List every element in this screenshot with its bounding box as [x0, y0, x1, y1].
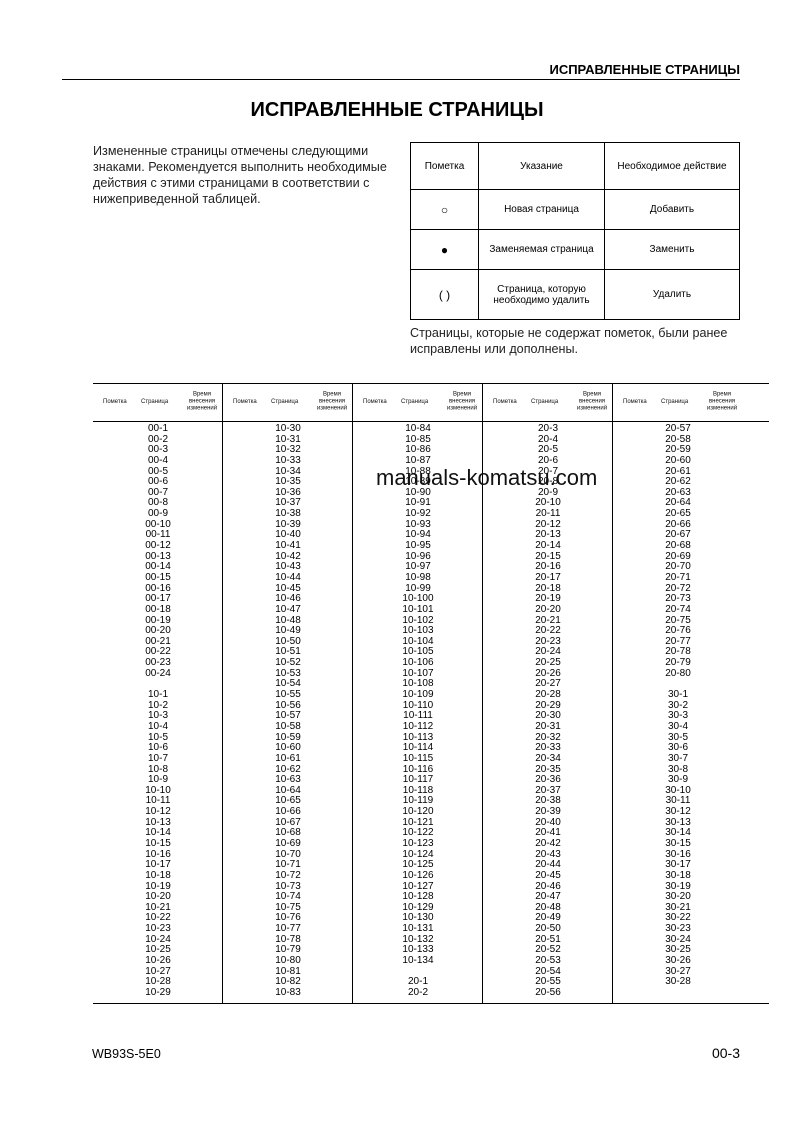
page-entry: 10-72: [223, 871, 353, 882]
page-entry: 10-7: [93, 754, 223, 765]
pages-column-header: ПометкаСтраницаВремя внесения изменений: [223, 383, 353, 421]
page-entry: 20-74: [613, 605, 743, 616]
page-entry: 10-58: [223, 722, 353, 733]
pages-column: ПометкаСтраницаВремя внесения изменений0…: [93, 383, 223, 1003]
page-entry: 30-4: [613, 722, 743, 733]
footer-page-number: 00-3: [712, 1045, 740, 1061]
header-mark: Пометка: [233, 399, 257, 405]
legend-header-meaning: Указание: [479, 143, 605, 190]
note-paragraph: Страницы, которые не содержат пометок, б…: [410, 325, 742, 357]
page-entry: 10-98: [353, 573, 483, 584]
page-entry: 30-7: [613, 754, 743, 765]
header-page: Страница: [271, 399, 298, 405]
legend-header-row: Пометка Указание Необходимое действие: [411, 143, 740, 190]
footer-model: WB93S-5E0: [92, 1047, 161, 1061]
header-mark: Пометка: [493, 399, 517, 405]
page-entry: 10-101: [353, 605, 483, 616]
legend-action: Заменить: [605, 230, 740, 270]
page-entry: 30-18: [613, 871, 743, 882]
header-time: Время внесения изменений: [706, 392, 738, 413]
header-mark: Пометка: [103, 399, 127, 405]
pages-column-header: ПометкаСтраницаВремя внесения изменений: [483, 383, 613, 421]
page-entry: 20-45: [483, 871, 613, 882]
page-entry: 00-15: [93, 573, 223, 584]
legend-action: Добавить: [605, 190, 740, 230]
pages-column-header: ПометкаСтраницаВремя внесения изменений: [613, 383, 743, 421]
legend-meaning: Новая страница: [479, 190, 605, 230]
page-entry: 10-4: [93, 722, 223, 733]
page-entry: 20-34: [483, 754, 613, 765]
page-entry: 10-44: [223, 573, 353, 584]
running-header-title: ИСПРАВЛЕННЫЕ СТРАНИЦЫ: [0, 62, 740, 77]
page-list: 00-100-200-300-400-500-600-700-800-900-1…: [93, 424, 223, 999]
pages-column: ПометкаСтраницаВремя внесения изменений1…: [223, 383, 353, 1003]
page-entry: 20-60: [613, 456, 743, 467]
pages-column-header: ПометкаСтраницаВремя внесения изменений: [93, 383, 223, 421]
legend-meaning: Заменяемая страница: [479, 230, 605, 270]
page-entry: 20-71: [613, 573, 743, 584]
page-entry: 30-28: [613, 977, 743, 988]
header-rule: [62, 79, 740, 80]
page-entry: 10-112: [353, 722, 483, 733]
page-entry: 10-126: [353, 871, 483, 882]
page-entry: 20-80: [613, 669, 743, 680]
table-bottom-rule: [93, 1003, 769, 1004]
page-list: 10-3010-3110-3210-3310-3410-3510-3610-37…: [223, 424, 353, 999]
header-page: Страница: [401, 399, 428, 405]
legend-header-action: Необходимое действие: [605, 143, 740, 190]
page-entry: 10-33: [223, 456, 353, 467]
page-entry: 10-47: [223, 605, 353, 616]
header-page: Страница: [661, 399, 688, 405]
header-page: Страница: [531, 399, 558, 405]
legend-action: Удалить: [605, 270, 740, 320]
legend-row: ( ) Страница, которую необходимо удалить…: [411, 270, 740, 320]
header-time: Время внесения изменений: [316, 392, 348, 413]
filled-circle-icon: ●: [411, 230, 479, 270]
page-list: 20-5720-5820-5920-6020-6120-6220-6320-64…: [613, 424, 743, 999]
page-entry: 10-115: [353, 754, 483, 765]
page-entry: 20-2: [353, 988, 483, 999]
header-time: Время внесения изменений: [576, 392, 608, 413]
page-entry: 00-24: [93, 669, 223, 680]
page-entry: 10-134: [353, 956, 483, 967]
page-entry: 20-20: [483, 605, 613, 616]
pages-column: ПометкаСтраницаВремя внесения изменений2…: [613, 383, 743, 1003]
header-time: Время внесения изменений: [186, 392, 218, 413]
page-entry: [613, 988, 743, 999]
page-entry: 10-83: [223, 988, 353, 999]
page-entry: 20-17: [483, 573, 613, 584]
header-mark: Пометка: [363, 399, 387, 405]
header-time: Время внесения изменений: [446, 392, 478, 413]
page-entry: 10-29: [93, 988, 223, 999]
page-title: ИСПРАВЛЕННЫЕ СТРАНИЦЫ: [0, 99, 794, 122]
parentheses-icon: ( ): [411, 270, 479, 320]
page-list: 10-8410-8510-8610-8710-8810-8910-9010-91…: [353, 424, 483, 999]
intro-paragraph: Измененные страницы отмечены следующими …: [93, 143, 393, 207]
page-entry: 20-56: [483, 988, 613, 999]
legend-row: ● Заменяемая страница Заменить: [411, 230, 740, 270]
legend-row: ○ Новая страница Добавить: [411, 190, 740, 230]
header-page: Страница: [141, 399, 168, 405]
page-entry: 10-61: [223, 754, 353, 765]
watermark: manuals-komatsu.com: [376, 465, 597, 491]
legend-table: Пометка Указание Необходимое действие ○ …: [410, 142, 740, 320]
page-entry: 00-18: [93, 605, 223, 616]
legend-meaning: Страница, которую необходимо удалить: [479, 270, 605, 320]
page-entry: 20-31: [483, 722, 613, 733]
header-mark: Пометка: [623, 399, 647, 405]
page-list: 20-320-420-520-620-720-820-920-1020-1120…: [483, 424, 613, 999]
page-entry: 00-4: [93, 456, 223, 467]
pages-column-header: ПометкаСтраницаВремя внесения изменений: [353, 383, 483, 421]
open-circle-icon: ○: [411, 190, 479, 230]
legend-header-mark: Пометка: [411, 143, 479, 190]
page-entry: 10-18: [93, 871, 223, 882]
